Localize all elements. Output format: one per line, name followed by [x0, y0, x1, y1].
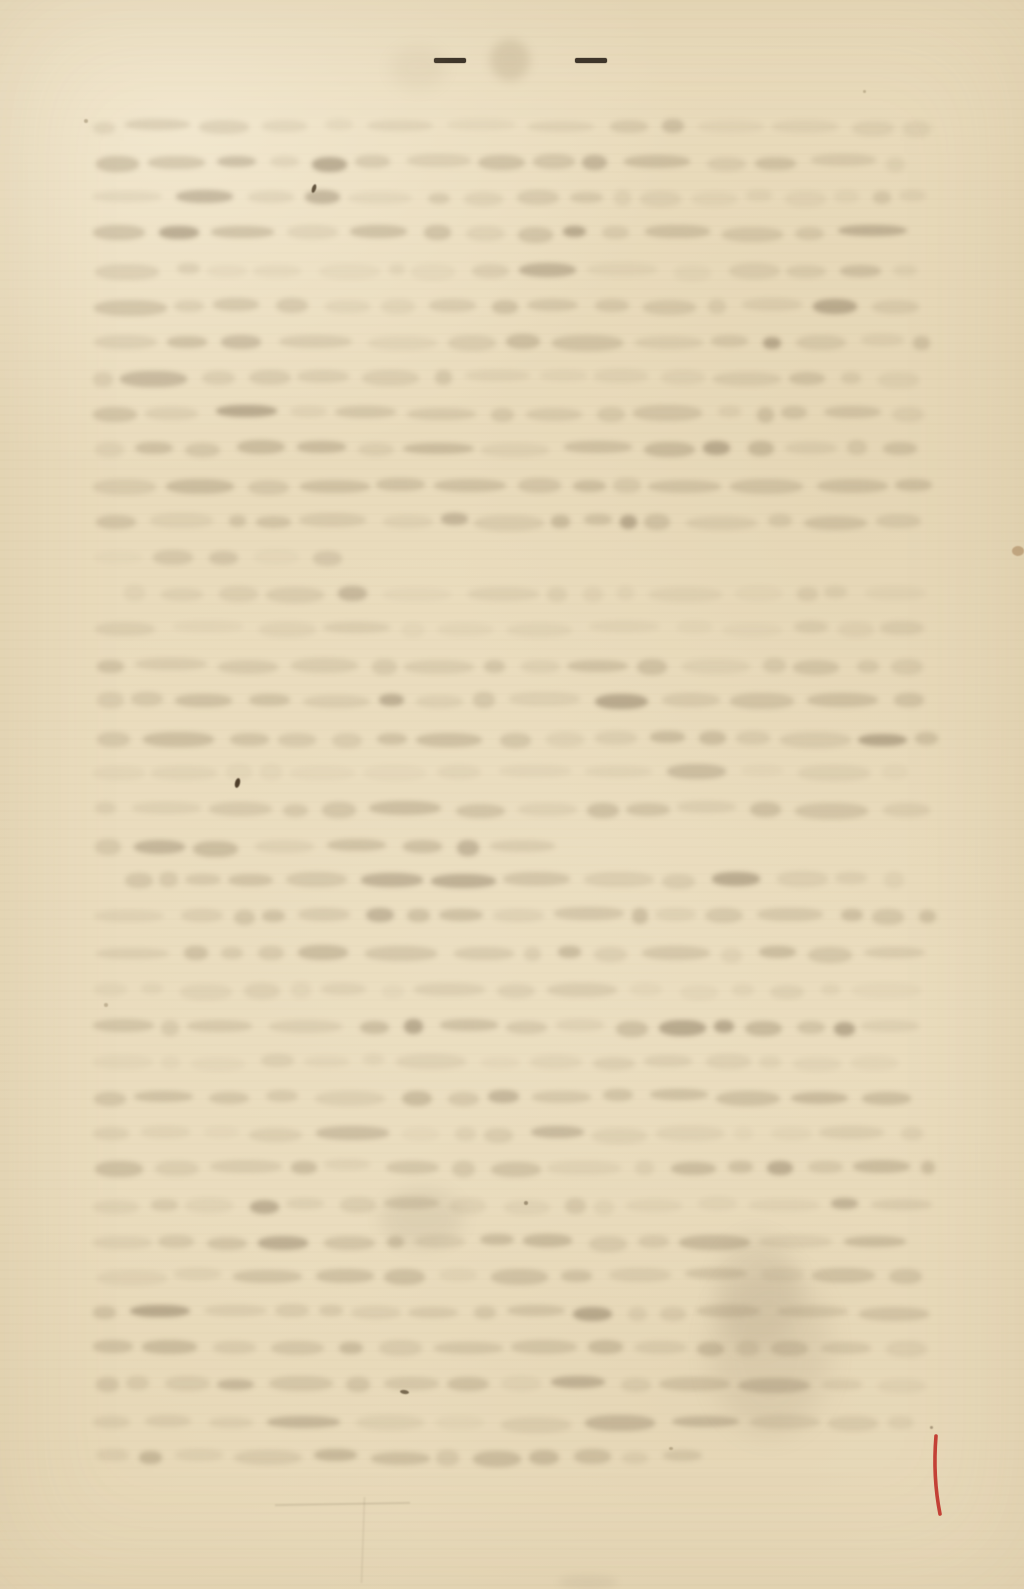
faded-word-blob [151, 766, 216, 779]
faded-word-blob [707, 157, 746, 172]
faded-word-blob [798, 765, 870, 781]
faded-word-blob [480, 1234, 514, 1245]
ink-speck [84, 119, 88, 123]
faded-word-blob [662, 874, 695, 889]
faded-word-blob [428, 193, 450, 205]
faded-word-blob [93, 407, 137, 422]
faded-word-blob [617, 586, 634, 601]
faded-word-blob [369, 801, 441, 815]
faded-word-blob [763, 658, 786, 673]
faded-word-blob [785, 191, 827, 207]
faded-word-blob [772, 120, 838, 133]
faded-word-blob [173, 621, 244, 632]
faded-word-blob [563, 226, 586, 237]
faded-word-blob [271, 1341, 324, 1355]
faded-word-blob [255, 840, 314, 853]
faded-word-blob [655, 908, 696, 921]
faded-word-blob [858, 734, 907, 747]
faded-word-blob [745, 1021, 781, 1037]
faded-word-blob [455, 1127, 476, 1141]
faded-word-blob [298, 908, 350, 921]
faded-word-blob [93, 1340, 134, 1353]
faded-word-blob [593, 1057, 635, 1070]
faded-word-blob [899, 190, 926, 201]
faded-word-blob [210, 1160, 282, 1174]
faded-word-blob [481, 443, 549, 457]
faded-word-blob [564, 441, 631, 453]
faded-word-blob [403, 840, 441, 852]
faded-word-blob [93, 1055, 153, 1069]
faded-word-blob [565, 1198, 586, 1214]
faded-word-blob [259, 622, 316, 637]
faded-word-blob [262, 910, 285, 922]
faded-word-blob [558, 946, 581, 958]
faded-word-blob [838, 622, 873, 637]
faded-word-blob [94, 300, 167, 316]
faded-word-blob [813, 299, 857, 314]
faded-word-blob [671, 1162, 716, 1175]
faded-word-blob [634, 1341, 687, 1355]
faded-word-blob [437, 765, 482, 780]
faded-word-blob [316, 1126, 389, 1140]
faded-word-blob [153, 550, 193, 565]
faded-word-blob [546, 732, 584, 747]
faded-word-blob [872, 909, 904, 925]
faded-text-line [95, 801, 935, 817]
faded-word-blob [812, 1268, 875, 1283]
faded-word-blob [840, 265, 881, 277]
faded-word-blob [209, 551, 239, 565]
faded-word-blob [622, 1452, 648, 1464]
faded-word-blob [635, 336, 704, 349]
faded-word-blob [321, 983, 366, 996]
faded-word-blob [448, 1092, 480, 1106]
faded-word-blob [491, 1269, 548, 1285]
faded-word-blob [368, 336, 438, 350]
faded-word-blob [297, 370, 349, 383]
faded-word-blob [561, 1270, 592, 1282]
faded-word-blob [616, 1021, 649, 1037]
faded-word-blob [381, 299, 415, 314]
faded-word-blob [661, 370, 705, 385]
faded-word-blob [886, 157, 905, 172]
faded-word-blob [478, 155, 525, 170]
faded-word-blob [667, 764, 726, 779]
faded-word-blob [893, 265, 917, 276]
faded-word-blob [723, 623, 781, 637]
faded-word-blob [797, 1021, 825, 1035]
faded-word-blob [659, 1020, 706, 1036]
faded-word-blob [297, 441, 346, 452]
faded-word-blob [213, 1341, 256, 1354]
faded-word-blob [656, 1126, 724, 1140]
faded-text-line [96, 1449, 702, 1465]
faded-word-blob [249, 1128, 303, 1143]
faded-word-blob [95, 1161, 143, 1176]
ink-speck [104, 1003, 108, 1007]
faded-word-blob [431, 874, 496, 888]
faded-word-blob [757, 407, 775, 423]
faded-word-blob [365, 946, 437, 960]
faded-word-blob [379, 1340, 422, 1355]
faded-word-blob [383, 588, 451, 601]
faded-word-blob [841, 909, 863, 921]
faded-word-blob [865, 586, 926, 601]
faded-word-blob [416, 733, 482, 748]
faded-word-blob [396, 1054, 467, 1069]
faded-word-blob [339, 1342, 363, 1354]
faded-word-blob [703, 441, 730, 455]
faded-word-blob [287, 225, 338, 239]
faded-text-line [94, 1089, 919, 1105]
faded-word-blob [93, 1019, 155, 1033]
faded-word-blob [511, 1340, 577, 1354]
faded-word-blob [466, 226, 505, 242]
faded-word-blob [185, 1198, 233, 1213]
faded-word-blob [698, 1197, 737, 1210]
faded-word-blob [94, 983, 127, 996]
faded-word-blob [93, 1127, 129, 1141]
faded-text-line [95, 621, 923, 637]
faded-word-blob [872, 300, 919, 314]
faded-word-blob [350, 225, 407, 238]
faded-word-blob [313, 551, 341, 566]
faded-word-blob [554, 907, 624, 920]
faded-word-blob [741, 765, 783, 776]
faded-word-blob [682, 659, 750, 675]
faded-word-blob [589, 621, 659, 632]
faded-word-blob [903, 121, 931, 137]
faded-word-blob [834, 190, 859, 204]
faded-word-blob [95, 839, 120, 855]
faded-word-blob [851, 1056, 898, 1070]
faded-word-blob [883, 803, 930, 817]
faded-word-blob [135, 442, 173, 455]
faded-word-blob [859, 1307, 929, 1321]
faded-word-blob [852, 983, 921, 998]
faded-word-blob [794, 621, 829, 633]
faded-text-line [93, 1054, 917, 1070]
faded-word-blob [795, 227, 824, 241]
faded-word-blob [789, 372, 825, 385]
faded-text-line [93, 1019, 919, 1035]
faded-text-line [93, 369, 930, 385]
faded-word-blob [645, 225, 709, 238]
faded-word-blob [97, 1270, 168, 1286]
faded-text-line [97, 692, 924, 708]
faded-word-blob [325, 300, 370, 312]
faded-word-blob [824, 406, 881, 419]
faded-word-blob [185, 443, 220, 458]
faded-word-blob [610, 120, 648, 133]
faded-word-blob [585, 1415, 655, 1431]
faded-word-blob [291, 982, 312, 997]
faded-word-blob [785, 442, 836, 454]
faded-word-blob [589, 1236, 627, 1252]
faded-word-blob [131, 692, 164, 706]
faded-word-blob [749, 1199, 818, 1210]
faded-word-blob [130, 1305, 190, 1317]
faded-word-blob [275, 1304, 309, 1317]
faded-word-blob [767, 1161, 793, 1175]
faded-word-blob [506, 1021, 547, 1034]
faded-word-blob [191, 1057, 246, 1071]
faded-word-blob [493, 909, 544, 922]
faded-word-blob [95, 442, 124, 457]
faded-word-blob [371, 1452, 429, 1465]
faded-word-blob [530, 1055, 582, 1069]
faded-word-blob [165, 1376, 210, 1391]
faded-text-line [97, 731, 938, 747]
faded-word-blob [407, 408, 477, 420]
faded-word-blob [97, 732, 130, 747]
faded-text-line [93, 1125, 923, 1141]
faded-text-line [97, 658, 923, 674]
faded-word-blob [547, 1161, 620, 1175]
faded-word-blob [93, 122, 115, 135]
faded-word-blob [677, 801, 737, 813]
faded-word-blob [892, 407, 924, 422]
faded-word-blob [474, 515, 544, 531]
faded-word-blob [335, 406, 396, 418]
faded-word-blob [831, 1198, 857, 1209]
faded-word-blob [384, 1377, 439, 1390]
faded-word-blob [595, 299, 629, 312]
faded-word-blob [216, 405, 277, 417]
faded-word-blob [266, 1090, 298, 1103]
faded-word-blob [230, 733, 269, 745]
faded-word-blob [797, 587, 817, 601]
faded-word-blob [662, 693, 720, 707]
faded-text-line [124, 585, 935, 601]
faded-word-blob [672, 1416, 739, 1428]
faded-word-blob [181, 909, 222, 922]
faded-word-blob [791, 1092, 848, 1105]
faded-word-blob [456, 804, 505, 818]
faded-word-blob [551, 1376, 605, 1388]
faded-word-blob [499, 765, 571, 777]
faded-word-blob [507, 623, 572, 637]
faded-word-blob [439, 1269, 477, 1281]
faded-word-blob [452, 1161, 476, 1177]
faded-word-blob [804, 516, 868, 530]
faded-word-blob [523, 1234, 572, 1246]
faded-word-blob [219, 586, 259, 601]
faded-word-blob [716, 1091, 781, 1107]
faded-word-blob [882, 765, 908, 779]
faded-word-blob [497, 984, 535, 998]
faded-word-blob [768, 514, 792, 528]
faded-word-blob [324, 1236, 375, 1249]
faded-word-blob [650, 731, 684, 742]
faded-word-blob [141, 983, 163, 994]
faded-word-blob [602, 226, 629, 239]
faded-word-blob [650, 1089, 708, 1100]
faded-word-blob [570, 192, 602, 204]
faded-word-blob [648, 480, 721, 493]
faded-word-blob [730, 479, 803, 494]
faded-word-blob [382, 985, 404, 998]
faded-word-blob [267, 1416, 340, 1428]
faded-word-blob [628, 1307, 647, 1321]
faded-word-blob [822, 1379, 862, 1390]
faded-word-blob [244, 983, 280, 999]
smudge-mid-left [380, 1188, 464, 1248]
faded-word-blob [134, 1091, 194, 1102]
faded-word-blob [438, 623, 493, 636]
faded-word-blob [204, 1126, 238, 1138]
faded-word-blob [184, 946, 208, 960]
faded-word-blob [93, 766, 145, 780]
faded-word-blob [735, 586, 782, 601]
ink-speck [1012, 546, 1024, 556]
faded-word-blob [781, 406, 807, 419]
faded-word-blob [757, 908, 823, 921]
faded-word-blob [853, 1160, 910, 1173]
faded-word-blob [175, 694, 232, 706]
faded-word-blob [643, 300, 696, 314]
faded-text-line [95, 440, 923, 456]
ink-speck [400, 1389, 409, 1394]
faded-word-blob [364, 765, 426, 781]
faded-text-line [95, 1159, 935, 1175]
faded-word-blob [686, 516, 757, 530]
faded-word-blob [269, 1020, 342, 1033]
faded-word-blob [291, 1161, 317, 1174]
faded-word-blob [736, 731, 770, 744]
faded-word-blob [531, 1126, 584, 1138]
faded-word-blob [95, 622, 155, 636]
faded-word-blob [237, 440, 285, 454]
faded-word-blob [632, 908, 648, 924]
faded-word-blob [434, 479, 506, 492]
faded-word-blob [528, 121, 594, 132]
faded-word-blob [440, 1019, 497, 1030]
faded-word-blob [145, 1415, 191, 1427]
faded-word-blob [876, 514, 920, 528]
faded-word-blob [135, 658, 207, 671]
faded-word-blob [552, 335, 624, 350]
faded-word-blob [714, 1020, 734, 1033]
faded-word-blob [864, 947, 925, 959]
faded-word-blob [889, 1269, 923, 1284]
ink-speck [524, 1201, 528, 1205]
faded-word-blob [202, 371, 235, 386]
faded-word-blob [384, 1269, 425, 1285]
faded-word-blob [300, 480, 370, 493]
smudge-bottom-edge [558, 1575, 618, 1589]
faded-word-blob [360, 1021, 389, 1034]
faded-word-blob [213, 298, 259, 311]
faded-word-blob [125, 119, 190, 130]
faded-word-blob [319, 264, 379, 280]
faded-word-blob [746, 190, 772, 202]
faded-word-blob [229, 515, 246, 526]
faded-word-blob [587, 263, 658, 276]
faded-word-blob [314, 1449, 357, 1461]
faded-word-blob [234, 910, 256, 925]
faded-word-blob [166, 479, 234, 494]
faded-word-blob [155, 1161, 199, 1177]
faded-word-blob [145, 407, 198, 419]
faded-word-blob [583, 587, 603, 602]
faded-word-blob [838, 225, 907, 236]
faded-word-blob [626, 1199, 682, 1212]
faded-text-line [94, 298, 936, 314]
scanned-book-page [0, 0, 1024, 1589]
faded-word-blob [436, 1450, 459, 1466]
faded-word-blob [573, 1307, 612, 1321]
faded-word-blob [734, 1127, 753, 1140]
faded-word-blob [509, 692, 580, 705]
faded-word-blob [92, 191, 162, 203]
faded-word-blob [468, 587, 540, 601]
faded-word-blob [521, 660, 560, 672]
faded-word-blob [366, 908, 394, 922]
faded-word-blob [407, 909, 429, 922]
faded-word-blob [383, 515, 432, 528]
faded-word-blob [355, 155, 389, 167]
faded-word-blob [132, 802, 201, 814]
faded-word-blob [729, 263, 780, 278]
faded-word-blob [835, 872, 867, 884]
faded-word-blob [207, 265, 246, 277]
faded-word-blob [185, 874, 221, 885]
faded-word-blob [211, 226, 274, 238]
faded-word-blob [824, 586, 847, 597]
faded-word-blob [93, 479, 156, 495]
faded-word-blob [894, 693, 924, 707]
faded-word-blob [402, 623, 424, 636]
faded-word-blob [290, 766, 355, 780]
faded-word-blob [94, 1092, 126, 1106]
faded-word-blob [416, 695, 464, 708]
faded-word-blob [594, 369, 648, 382]
faded-word-blob [94, 910, 164, 922]
faded-word-blob [291, 658, 357, 673]
faded-word-blob [501, 1376, 542, 1391]
faded-text-line [96, 945, 926, 961]
faded-word-blob [919, 910, 936, 923]
faded-word-blob [93, 1416, 130, 1429]
faded-word-blob [595, 731, 637, 744]
ink-speck [930, 1426, 933, 1429]
faded-word-blob [551, 515, 569, 528]
faded-word-blob [269, 1376, 333, 1391]
faded-word-blob [379, 694, 404, 706]
faded-word-blob [315, 1091, 385, 1106]
smudge-left-of-dash [390, 46, 446, 90]
faded-word-blob [921, 1161, 935, 1174]
faded-word-blob [518, 227, 553, 242]
faded-word-blob [96, 156, 140, 171]
faded-word-blob [915, 732, 938, 745]
faded-word-blob [249, 370, 291, 385]
faded-word-blob [262, 120, 307, 131]
faded-word-blob [613, 478, 640, 493]
faded-word-blob [677, 621, 712, 633]
faded-word-blob [763, 337, 780, 350]
faded-text-line [93, 764, 931, 780]
faded-word-blob [649, 587, 722, 602]
faded-word-blob [276, 298, 308, 313]
faded-word-blob [817, 479, 888, 493]
faded-word-blob [362, 370, 419, 386]
faded-word-blob [167, 336, 207, 347]
faded-word-blob [434, 1342, 503, 1354]
faded-word-blob [465, 370, 530, 382]
red-ink-mark [930, 1434, 946, 1518]
